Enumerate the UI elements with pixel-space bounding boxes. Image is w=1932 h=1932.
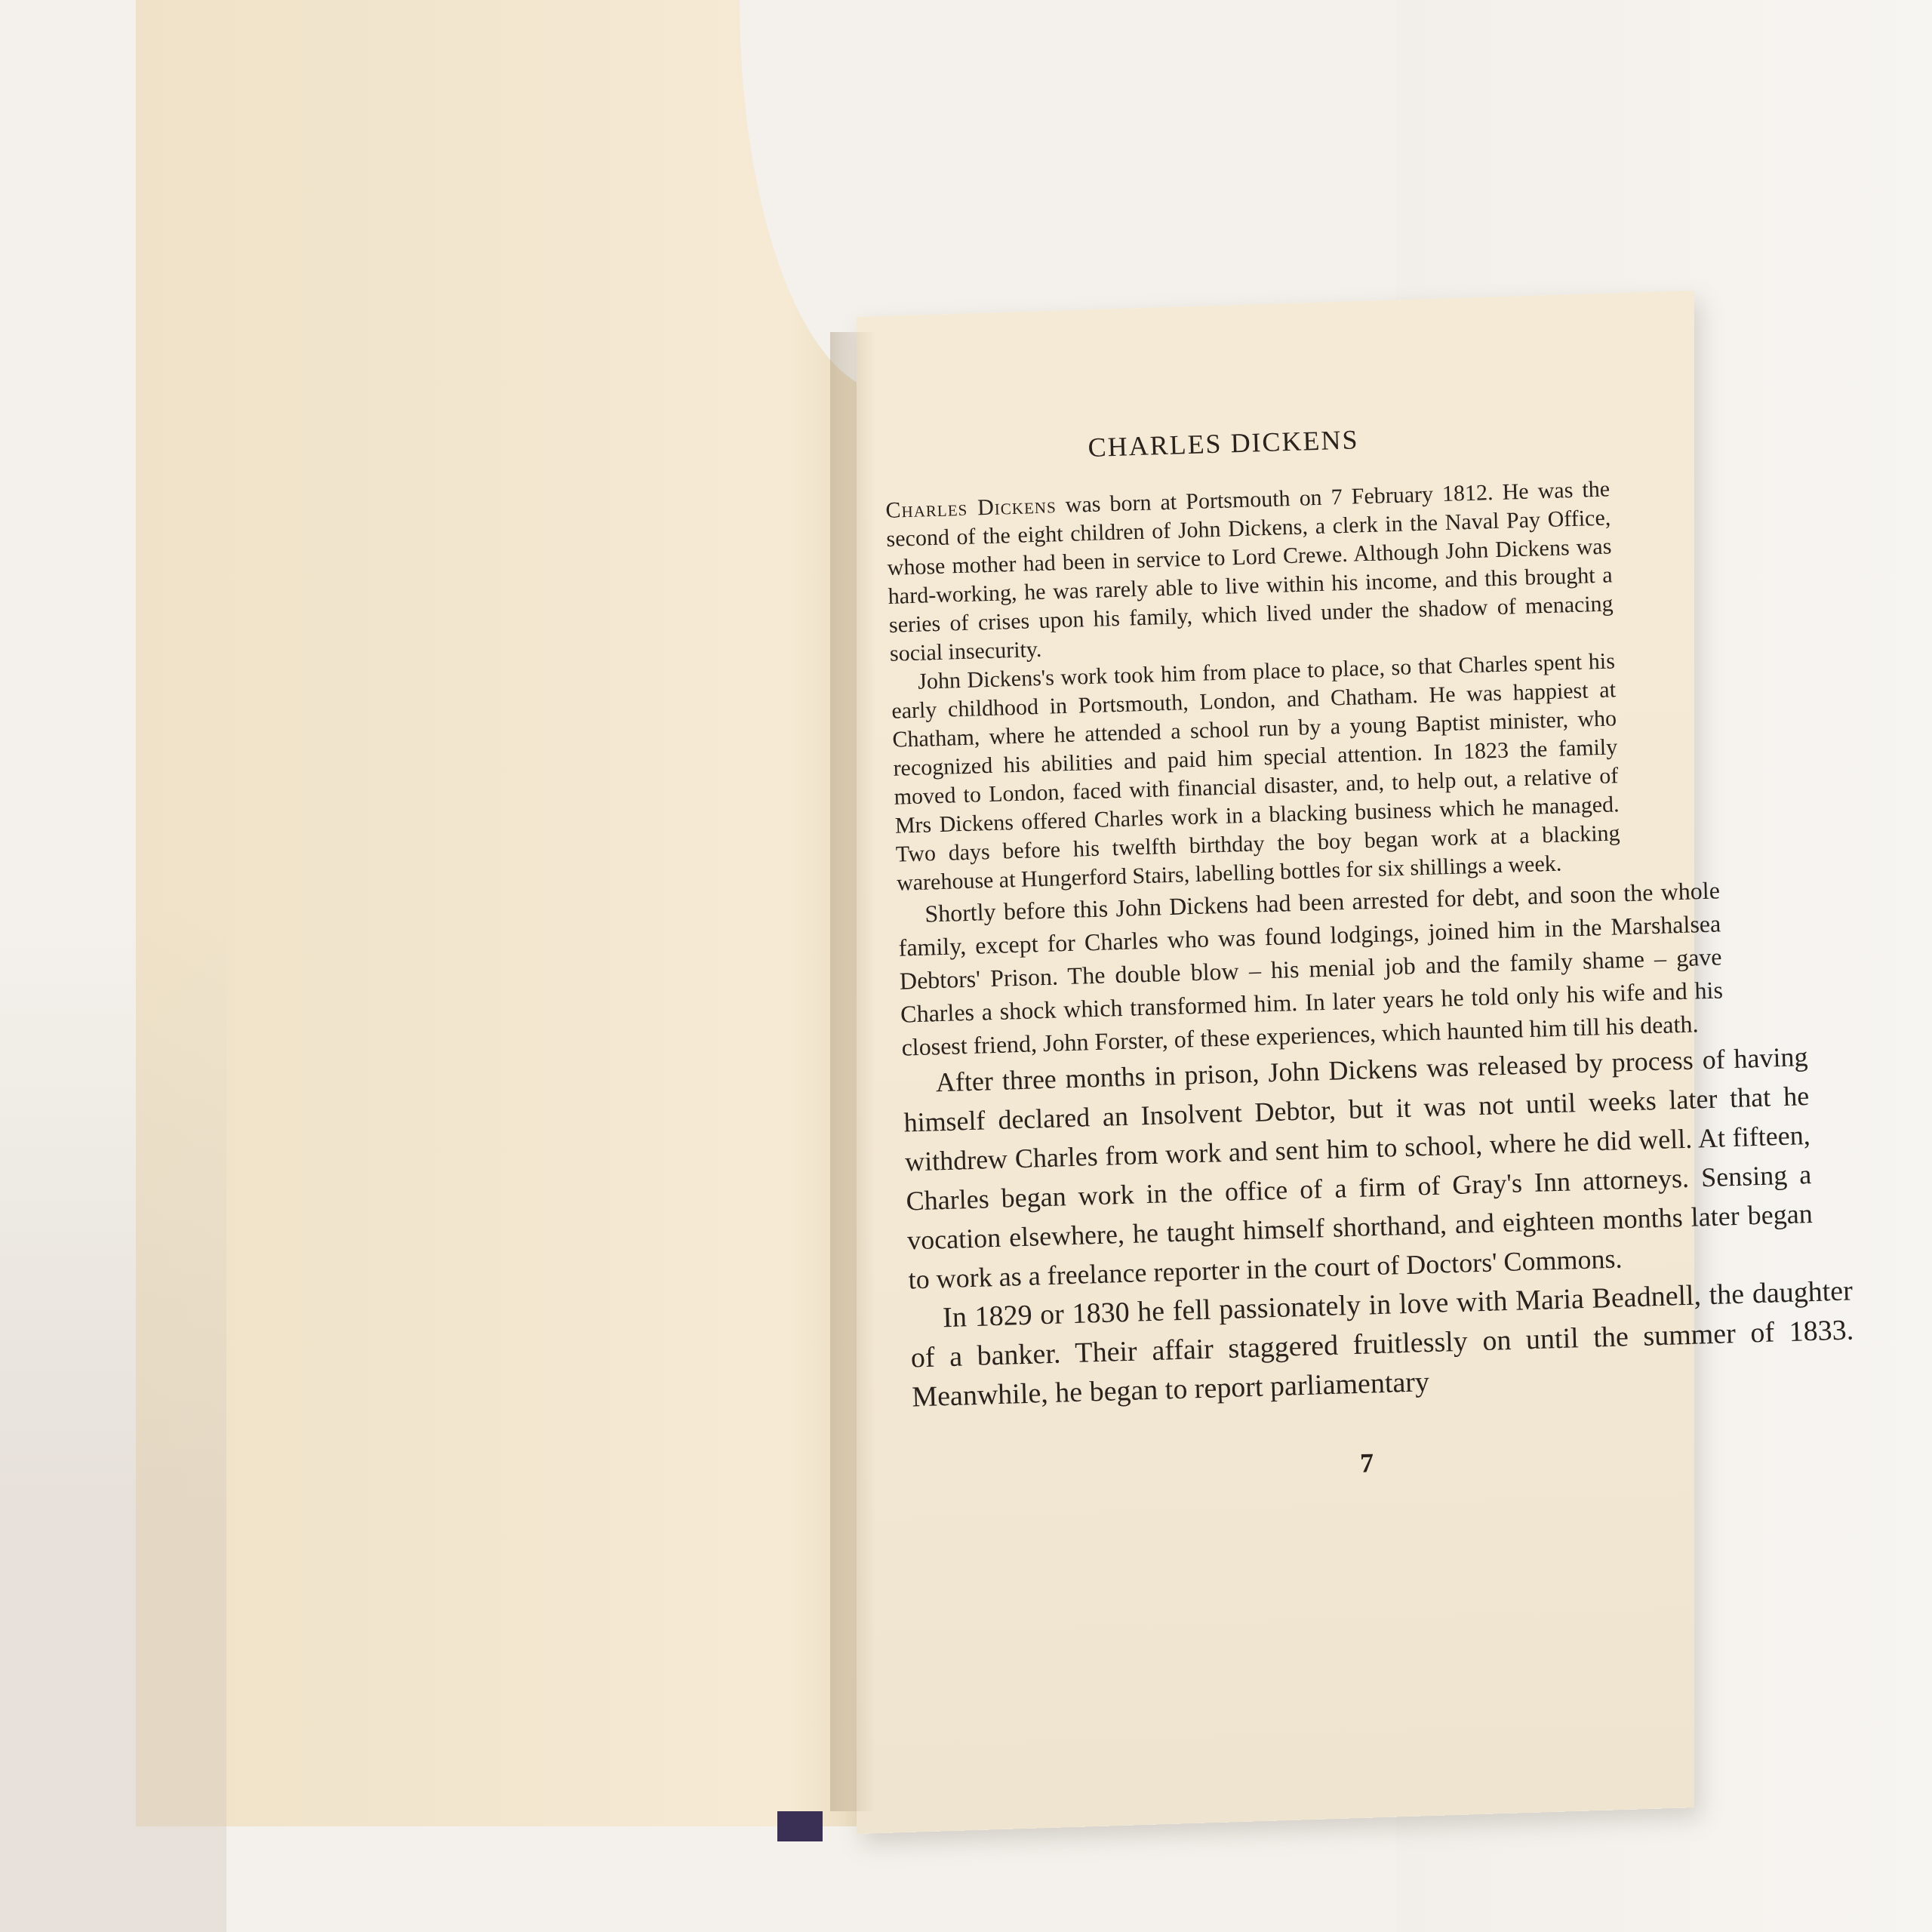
paragraph-2: John Dickens's work took him from place … (891, 647, 1622, 897)
paragraph-3: Shortly before this John Dickens had bee… (897, 873, 1724, 1063)
paragraph-1: Charles Dickens was born at Portsmouth o… (885, 475, 1614, 668)
left-page (136, 0, 860, 1826)
book-gutter (830, 332, 875, 1811)
lead-small-caps: Charles Dickens (885, 493, 1057, 523)
paragraph-4: After three months in prison, John Dicke… (902, 1037, 1814, 1299)
right-page-content: CHARLES DICKENS Charles Dickens was born… (883, 394, 1887, 1493)
shadow (0, 906, 226, 1932)
book-cover-edge (777, 1811, 823, 1841)
page-title: CHARLES DICKENS (884, 417, 1564, 469)
